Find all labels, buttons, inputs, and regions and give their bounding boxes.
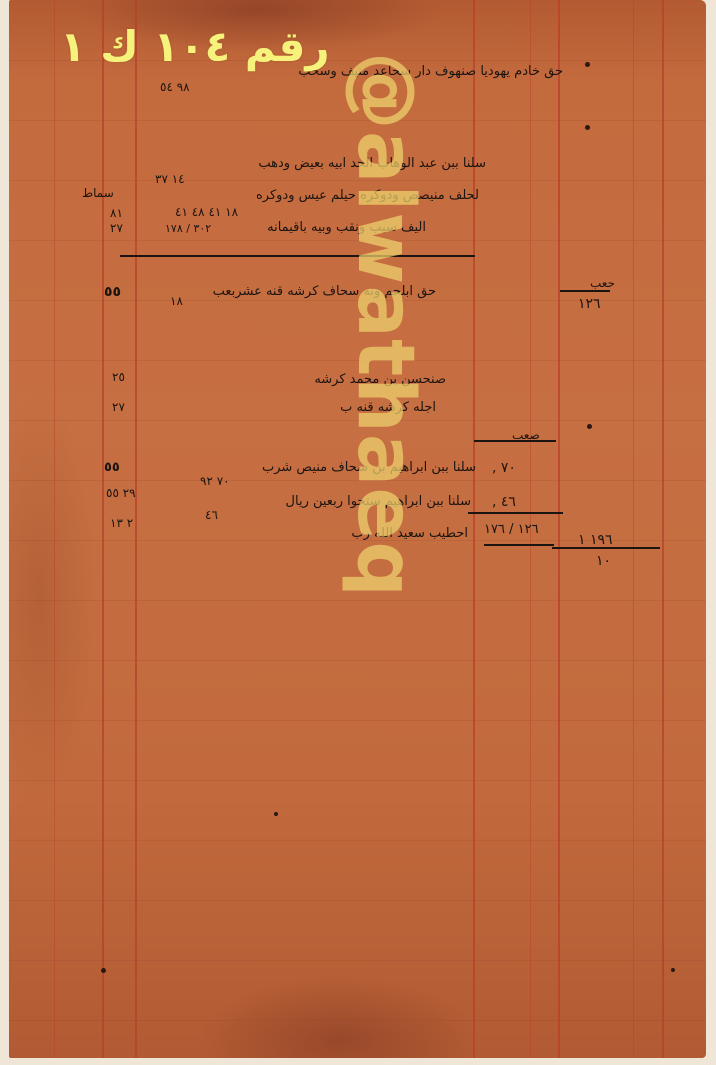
margin-number: ٢٩ ٥٥: [106, 486, 136, 500]
total-value: ١٢٦: [578, 296, 601, 312]
column-line: [558, 0, 560, 1058]
amount-value: ٧٠ ,: [492, 460, 516, 476]
amount-value: ١٢٦ / ١٧٦: [484, 522, 539, 537]
entry-subnumbers: ١٨: [170, 294, 183, 308]
entry-subnumbers: ٤٦: [205, 508, 218, 522]
total-rule: [560, 290, 610, 292]
ruling-line: [9, 1020, 706, 1021]
margin-number: ٢٧: [110, 221, 123, 235]
total-label: حعب: [590, 276, 615, 290]
margin-number: ٨١: [110, 206, 123, 220]
margin-number: ٢٧: [112, 400, 125, 414]
margin-number: ٥٥: [104, 460, 120, 475]
header-entry: حق خادم يهوديا صنهوف دار سحاعد منيف وسحب: [298, 64, 563, 79]
entry-subnumbers: ١٤ ٣٧: [155, 172, 185, 186]
entry-subnumbers: ٧٠ ٩٢: [200, 474, 230, 488]
document-reference-overlay: رقم ١٠٤ ك ١: [60, 22, 330, 71]
ruling-line: [9, 840, 706, 841]
margin-number: ٢ ١٣: [110, 516, 133, 530]
ruling-line: [9, 960, 706, 961]
ink-spot: [585, 125, 590, 130]
entry-subnumbers: ١٨ ٤١ ٤٨ ٤١: [175, 205, 238, 219]
grand-total-sub: ١٠: [596, 553, 611, 569]
margin-line: [54, 0, 55, 1058]
margin-line: [135, 0, 137, 1058]
fraction-value: ٣٠٢ / ١٧٨: [165, 222, 211, 235]
sum-rule: [468, 512, 563, 514]
ink-spot: [671, 968, 675, 972]
ink-spot: [585, 62, 590, 67]
column-line: [633, 0, 634, 1058]
watermark-text: @alwathaeq: [340, 52, 430, 598]
ink-spot: [101, 968, 106, 973]
margin-number: ٥٥: [104, 284, 121, 300]
column-line: [662, 0, 664, 1058]
ruling-line: [9, 660, 706, 661]
header-subnumbers: ٩٨ ٥٤: [160, 80, 190, 94]
ink-spot: [587, 424, 592, 429]
margin-line: [102, 0, 104, 1058]
watermark: @alwathaeq: [345, 30, 425, 620]
ruling-line: [9, 720, 706, 721]
column-header: صعب: [512, 428, 540, 442]
sum-rule: [484, 544, 554, 546]
ruling-line: [9, 780, 706, 781]
ruling-line: [9, 900, 706, 901]
margin-label: سماط: [82, 186, 114, 200]
amount-value: ٤٦ ,: [492, 494, 516, 510]
margin-number: ٢٥: [112, 370, 125, 384]
ink-spot: [274, 812, 278, 816]
grand-total: ١٩٦ ١: [578, 532, 613, 548]
